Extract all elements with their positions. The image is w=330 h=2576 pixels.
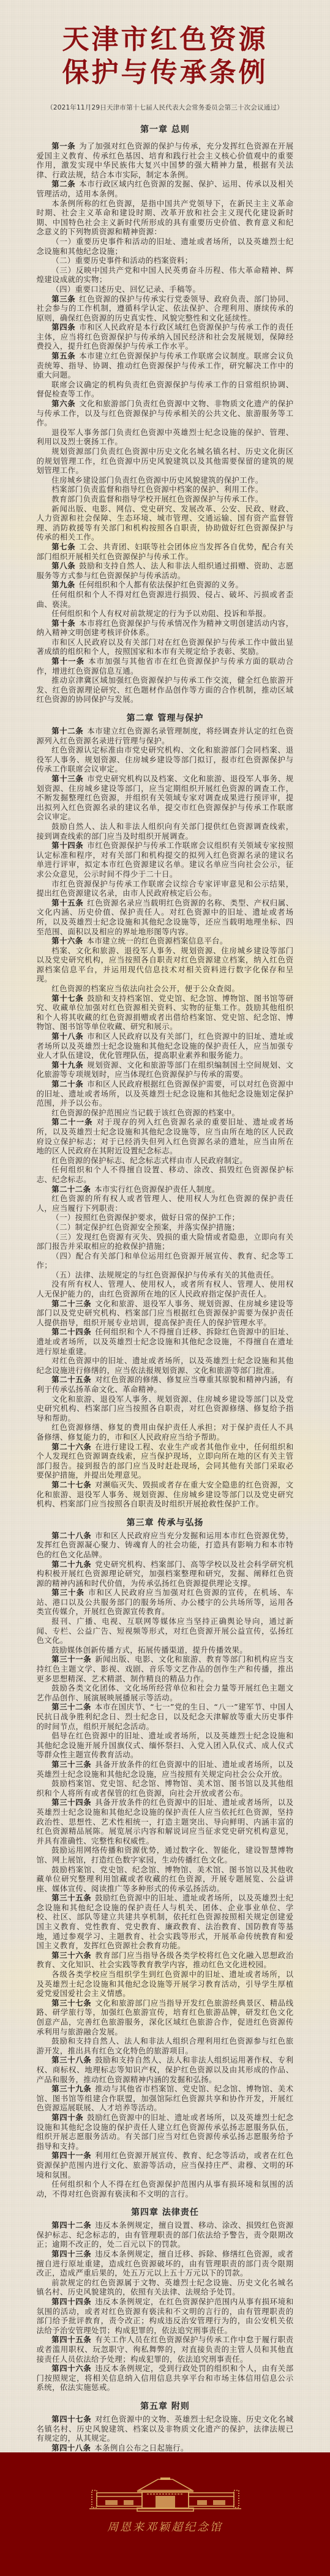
- article-number: 第二十五条: [51, 1375, 91, 1384]
- article-paragraph: 第二条本市行政区域内红色资源的发掘、保护、运用、传承以及相关管理活动，适用本条例…: [37, 179, 294, 198]
- article-text: 市红色资源保护与传承工作联席会议综合专家评审意见和公示结果，提出红色资源建议名录…: [37, 879, 294, 898]
- article-text: 鼓励档案馆、党史馆、纪念馆、博物馆、美术馆、图书馆以及其他收藏单位研究整理利用馆…: [37, 1865, 294, 1893]
- clause-paragraph: 没有所有权人、管理人、使用权人，或者所有权人、管理人、使用权人无保护能力的，由红…: [37, 1279, 294, 1298]
- article-text: 红色资源的保护标志、纪念标志式样由市人民政府制定。: [51, 1156, 247, 1165]
- article-number: 第二十一条: [51, 1117, 92, 1126]
- article-text: 文化和旅游、退役军人事务、规划资源、住房城乡建设等部门以及党史研究机构、档案部门…: [37, 1394, 294, 1423]
- clause-paragraph: 规划资源部门负责红色资源中历史文化名城名镇名村、历史文化街区的规划管理工作，红色…: [37, 447, 294, 475]
- clause-paragraph: 市红色资源保护与传承工作联席会议综合专家评审意见和公示结果，提出红色资源建议名录…: [37, 879, 294, 898]
- clause-paragraph: 红色资源认定标准由市党史研究机构、文化和旅游部门会同档案、退役军人事务、规划资源…: [37, 745, 294, 774]
- article-paragraph: 第四十七条对红色资源中的文物、英雄烈士纪念设施、历史文化名城名镇名村、历史风貌建…: [37, 2414, 294, 2443]
- clause-paragraph: （二）重要历史事件和活动的档案资料；: [37, 256, 294, 266]
- clause-paragraph: 档案部门负责监督和指导红色资源中档案的保护、利用工作。: [37, 485, 294, 494]
- article-text: 任何组织和个人不得对红色资源进行损毁、侵占、破坏、污损或者歪曲、亵渎。: [37, 590, 294, 609]
- article-paragraph: 第六条文化和旅游部门负责红色资源中文物、非物质文化遗产的保护与传承工作，以及与红…: [37, 399, 294, 428]
- article-text: （二）制定保护红色资源安全预案，并落实保护措施；: [51, 1223, 239, 1232]
- article-text: 鼓励档案馆、党史馆、纪念馆、博物馆、美术馆、图书馆以及其他组织和个人将所有或者保…: [37, 1779, 294, 1798]
- article-number: 第四十五条: [51, 2335, 91, 2344]
- article-text: 对红色资源中的旧址、遗址或者场所，以及英雄烈士纪念设施和其他纪念设施进行修缮的，…: [37, 1356, 294, 1375]
- article-number: 第三十六条: [51, 1951, 91, 1960]
- article-text: 红色资源的档案应当依法向社会公开，便于公众查阅。: [51, 984, 239, 993]
- article-paragraph: 第十三条市党史研究机构以及档案、文化和旅游、退役军人事务、规划资源、住房城乡建设…: [37, 774, 294, 822]
- article-paragraph: 第二十五条对红色资源的修缮、修复应当尊重其原貌和精神内涵，有利于传承弘扬革命文化…: [37, 1375, 294, 1394]
- article-number: 第二条: [51, 179, 75, 188]
- article-text: 鼓励自然人、法人和非法人组织向有关部门提供红色资源调查线索，接到调查线索的部门应…: [37, 822, 294, 841]
- article-number: 第四十六条: [51, 2364, 91, 2373]
- article-number: 第十六条: [51, 936, 83, 945]
- article-paragraph: 第九条任何组织和个人都有依法保护红色资源的义务。: [37, 580, 294, 590]
- regulation-body: 第一章 总则第一条为了加强对红色资源的保护与传承，充分发挥红色资源在开展爱国主义…: [37, 124, 294, 2452]
- article-number: 第八条: [51, 561, 75, 570]
- article-text: 任何组织和个人都有依法保护红色资源的义务。: [79, 580, 244, 589]
- article-text: 红色资源的保护范围应当记载于该红色资源的档案中。: [51, 1108, 239, 1117]
- article-paragraph: 第四十一条利用红色资源开展宣传、教育、纪念等活动，或者在红色资源保护范围内进行文…: [37, 2151, 294, 2180]
- article-text: 档案部门负责监督和指导红色资源中档案的保护、利用工作。: [51, 485, 263, 494]
- clause-paragraph: 任何组织和个人不得在红色资源保护范围内从事有损环境和氛围的活动，不得对红色资源有…: [37, 2180, 294, 2198]
- clause-paragraph: （一）重要历史事件和活动的旧址、遗址或者场所，以及英雄烈士纪念设施和其他纪念设施…: [37, 237, 294, 256]
- chapter-heading: 第一章 总则: [37, 124, 294, 135]
- article-number: 第二十二条: [51, 1185, 91, 1194]
- clause-paragraph: 报刊、广播、电视、互联网等媒体应当坚持正确舆论导向，通过新闻、专栏、公益广告、短…: [37, 1617, 294, 1645]
- clause-paragraph: （四）重要口述历史、回忆记录、手稿等。: [37, 285, 294, 294]
- article-text: （四）重要口述历史、回忆记录、手稿等。: [51, 285, 200, 294]
- article-text: 红色资源认定标准由市党史研究机构、文化和旅游部门会同档案、退役军人事务、规划资源…: [37, 745, 294, 773]
- article-paragraph: 第四十条鼓励红色资源中的旧址、遗址或者场所，以及英雄烈士纪念设施和其他纪念设施的…: [37, 2113, 294, 2151]
- memorial-hall-building-icon: [89, 2476, 241, 2512]
- article-paragraph: 第四条市和区人民政府是本行政区域红色资源保护与传承工作的责任主体，应当将红色资源…: [37, 322, 294, 351]
- article-text: 各级各类学校应当组织学生到红色资源中的旧址、遗址或者场所，以及英雄烈士纪念设施和…: [37, 1970, 294, 1998]
- article-paragraph: 第十四条市红色资源保护与传承工作联席会议组织有关领域专家按照认定标准和程序，对有…: [37, 841, 294, 879]
- article-number: 第四十一条: [51, 2151, 91, 2160]
- article-number: 第十一条: [51, 657, 84, 666]
- article-text: 住房城乡建设部门负责红色资源中历史风貌建筑的保护工作。: [51, 475, 263, 485]
- clause-paragraph: 鼓励自然人、法人和非法人组织向有关部门提供红色资源调查线索，接到调查线索的部门应…: [37, 822, 294, 841]
- article-paragraph: 第二十六条在进行建设工程、农业生产或者其他作业中，任何组织和个人发现红色资源调查…: [37, 1442, 294, 1480]
- article-number: 第二十六条: [51, 1442, 91, 1451]
- article-number: 第二十八条: [51, 1531, 91, 1540]
- article-paragraph: 第十七条鼓励和支持档案馆、党史馆、纪念馆、博物馆、图书馆等研究、收藏单位加强对红…: [37, 994, 294, 1032]
- clause-paragraph: 联席会议确定的机构负责红色资源保护与传承工作的日常组织协调、督促检查等工作。: [37, 380, 294, 399]
- clause-paragraph: 推动京津冀区域加强红色资源保护与传承工作交流，健全红色旅游开发、红色资源理论研究…: [37, 676, 294, 704]
- article-number: 第十四条: [51, 841, 83, 850]
- article-number: 第十条: [51, 619, 75, 628]
- document-page: 天津市红色资源 保护与传承条例 （2021年11月29日天津市第十七届人民代表大…: [0, 0, 330, 2452]
- article-paragraph: 第三条红色资源的保护与传承实行党委领导、政府负责、部门协同、社会参与的工作机制，…: [37, 294, 294, 323]
- article-number: 第三十九条: [51, 2084, 91, 2093]
- article-number: 第三十条: [51, 1588, 84, 1597]
- clause-paragraph: 红色资源的所有权人或者管理人、使用权人为红色资源的保护责任人，应当履行下列职责：: [37, 1194, 294, 1213]
- article-number: 第三十五条: [51, 1893, 91, 1902]
- clause-paragraph: 任何组织和个人不得对红色资源进行损毁、侵占、破坏、污损或者歪曲、亵渎。: [37, 590, 294, 609]
- article-text: （一）重要历史事件和活动的旧址、遗址或者场所，以及英雄烈士纪念设施和其他纪念设施…: [37, 237, 294, 256]
- chapter-heading: 第二章 管理与保护: [37, 713, 294, 724]
- clause-paragraph: （四）配合有关部门和单位运用红色资源开展宣传、教育、纪念等工作；: [37, 1251, 294, 1270]
- article-number: 第六条: [51, 399, 75, 408]
- clause-paragraph: （三）发现红色资源有灭失、毁损的重大险情或者隐患，立即向有关部门报告并采取相应的…: [37, 1232, 294, 1251]
- article-text: 本条例所称的红色资源，是指中国共产党领导下，在新民主主义革命时期、社会主义革命和…: [37, 199, 294, 237]
- article-paragraph: 第四十八条本条例自公布之日起施行。: [37, 2443, 294, 2453]
- article-paragraph: 第四十三条违反本条例规定，擅自迁移、拆除、修缮红色资源，或者擅自进行原址重建，造…: [37, 2249, 294, 2278]
- clause-paragraph: 鼓励档案馆、党史馆、纪念馆、博物馆、美术馆、图书馆以及其他组织和个人将所有或者保…: [37, 1779, 294, 1798]
- article-text: （一）按照红色资源保护要求，做好日常的保护工作；: [51, 1213, 239, 1222]
- article-paragraph: 第八条鼓励和支持自然人、法人和非法人组织通过捐赠、资助、志愿服务等方式参与红色资…: [37, 561, 294, 580]
- article-number: 第七条: [51, 542, 75, 551]
- article-number: 第三十三条: [51, 1760, 91, 1769]
- clause-paragraph: （五）法律、法规规定的与红色资源保护与传承有关的其他责任。: [37, 1270, 294, 1280]
- article-text: （三）反映中国共产党和中国人民英勇奋斗历程、伟大革命精神、辉煌建设成就的实物；: [37, 266, 294, 285]
- article-paragraph: 第三十七条文化和旅游部门应当指导开发红色旅游经典景区、精品线路、研学旅行等，加强…: [37, 1998, 294, 2036]
- museum-name: 周恩来邓颖超纪念馆: [0, 2518, 330, 2534]
- clause-paragraph: 鼓励档案馆、党史馆、纪念馆、博物馆、美术馆、图书馆以及其他收藏单位研究整理利用馆…: [37, 1865, 294, 1894]
- article-paragraph: 第五条本市建立红色资源保护与传承工作联席会议制度。联席会议负责统筹、指导、协调、…: [37, 351, 294, 380]
- article-number: 第三十四条: [51, 1798, 91, 1807]
- article-number: 第一条: [51, 141, 75, 151]
- article-paragraph: 第四十四条违反本条例规定，在红色资源保护范围内从事有损环境和氛围的活动，或者对红…: [37, 2297, 294, 2335]
- article-text: 倡导在红色资源中的旧址、遗址或者场所，以及英雄烈士纪念设施和其他纪念设施开展升国…: [37, 1731, 294, 1759]
- article-paragraph: 第三十四条具备开放条件的红色资源中的旧址、遗址或者场所，以及英雄烈士纪念设施和其…: [37, 1798, 294, 1845]
- article-text: 没有所有权人、管理人、使用权人，或者所有权人、管理人、使用权人无保护能力的，由红…: [37, 1279, 294, 1298]
- article-number: 第十八条: [51, 1032, 83, 1041]
- article-text: 本市建立统一的红色资源档案信息平台。: [86, 936, 227, 945]
- article-text: （四）配合有关部门和单位运用红色资源开展宣传、教育、纪念等工作；: [37, 1251, 294, 1270]
- article-text: 推动京津冀区域加强红色资源保护与传承工作交流，健全红色旅游开发、红色资源理论研究…: [37, 676, 294, 704]
- article-paragraph: 第三十八条鼓励和支持自然人、法人和非法人组织运用著作权、专利权、商标权、地理标志…: [37, 2055, 294, 2084]
- chapter-heading: 第三章 传承与弘扬: [37, 1517, 294, 1528]
- article-text: 市和区人民政府以及有关部门对在红色资源保护与传承工作中做出显著成绩的组织和个人，…: [37, 638, 294, 657]
- clause-paragraph: 任何组织和个人不得擅自设置、移动、涂改、损毁红色资源保护标志、纪念标志。: [37, 1165, 294, 1184]
- clause-paragraph: 鼓励媒体创新传播方式，拓展传播渠道，提升传播效果。: [37, 1645, 294, 1655]
- article-paragraph: 第二十一条对于现存的列入红色资源名录的重要旧址、遗址或者场所，以及英雄烈士纪念设…: [37, 1117, 294, 1155]
- article-text: 鼓励媒体创新传播方式，拓展传播渠道，提升传播效果。: [51, 1645, 247, 1655]
- clause-paragraph: 鼓励和支持自然人、法人和非法人组织合理利用红色资源参与红色旅游开发，推出具有红色…: [37, 2036, 294, 2055]
- article-text: 本市实行红色资源保护责任人制度。: [94, 1185, 220, 1194]
- article-number: 第四十二条: [51, 2220, 91, 2230]
- clause-paragraph: 任何组织和个人有权对前款规定的行为予以劝阻、投诉和举报。: [37, 609, 294, 619]
- clause-paragraph: 新闻出版、电影、网信、党史研究、发展改革、公安、民政、财政、人力资源和社会保障、…: [37, 504, 294, 542]
- clause-paragraph: （一）按照红色资源保护要求，做好日常的保护工作；: [37, 1213, 294, 1223]
- page-title: 天津市红色资源 保护与传承条例: [0, 23, 330, 89]
- article-paragraph: 第三十九条推动与其他省市档案馆、党史馆、纪念馆、博物馆、美术馆、图书馆等组建合作…: [37, 2084, 294, 2113]
- clause-paragraph: 鼓励运用网络传播和资源优势，通过数字化、智能化，建设智慧博物馆、网上展馆，打造红…: [37, 1845, 294, 1864]
- article-number: 第二十九条: [51, 1560, 91, 1569]
- article-number: 第九条: [51, 580, 75, 589]
- article-text: （三）发现红色资源有灭失、毁损的重大险情或者隐患，立即向有关部门报告并采取相应的…: [37, 1232, 294, 1251]
- article-text: 红色资源修缮、修复的费用由保护责任人承担；对于保护责任人不具备修缮、修复能力的，…: [37, 1423, 294, 1442]
- adoption-note: （2021年11月29日天津市第十七届人民代表大会常务委员会第三十次会议通过）: [0, 103, 330, 112]
- article-number: 第十七条: [51, 994, 83, 1003]
- article-number: 第三条: [51, 294, 75, 303]
- article-number: 第四十条: [51, 2113, 83, 2122]
- article-number: 第二十四条: [51, 1327, 91, 1336]
- clause-paragraph: 退役军人事务部门负责红色资源中英雄烈士纪念设施的保护、管理、利用以及烈士褒扬工作…: [37, 428, 294, 447]
- article-text: 任何组织和个人有权对前款规定的行为予以劝阻、投诉和举报。: [51, 609, 271, 618]
- article-paragraph: 第二十二条本市实行红色资源保护责任人制度。: [37, 1185, 294, 1194]
- article-text: 任何组织和个人不得擅自设置、移动、涂改、损毁红色资源保护标志、纪念标志。: [37, 1165, 294, 1184]
- article-paragraph: 第十一条本市加强与其他省市在红色资源保护与传承方面的联动合作，增进红色资源信息互…: [37, 657, 294, 676]
- article-text: 退役军人事务部门负责红色资源中英雄烈士纪念设施的保护、管理、利用以及烈士褒扬工作…: [37, 428, 294, 447]
- article-paragraph: 第四十六条违反本条例规定，受到行政处罚的组织和个人，由有关部门按照规定，将相关信…: [37, 2364, 294, 2392]
- clause-paragraph: 鼓励各类文化团体、文化场所经营单位和社会力量等开展红色主题文艺作品创作、展演展映…: [37, 1683, 294, 1702]
- clause-paragraph: 文化和旅游、退役军人事务、规划资源、住房城乡建设等部门以及党史研究机构、档案部门…: [37, 1394, 294, 1423]
- article-number: 第四十四条: [51, 2297, 91, 2306]
- title-line-1: 天津市红色资源: [0, 23, 330, 56]
- article-paragraph: 第十九条规划资源、文化和旅游等部门在组织编制国土空间规划、文化旅游等专项规划时，…: [37, 1060, 294, 1079]
- clause-paragraph: 住房城乡建设部门负责红色资源中历史风貌建筑的保护工作。: [37, 475, 294, 485]
- clause-paragraph: 红色资源的保护标志、纪念标志式样由市人民政府制定。: [37, 1156, 294, 1166]
- article-paragraph: 第一条为了加强对红色资源的保护与传承，充分发挥红色资源在开展爱国主义教育、传承红…: [37, 141, 294, 179]
- article-paragraph: 第三十五条鼓励红色资源中的旧址、遗址或者场所，以及英雄烈士纪念设施和其他纪念设施…: [37, 1893, 294, 1951]
- article-paragraph: 第二十三条文化和旅游、退役军人事务、规划资源、住房城乡建设等部门以及党史研究机构…: [37, 1299, 294, 1328]
- clause-paragraph: 红色资源的档案应当依法向社会公开，便于公众查阅。: [37, 984, 294, 994]
- article-number: 第三十七条: [51, 1998, 91, 2008]
- article-paragraph: 第七条工会、共青团、妇联等社会团体应当发挥各自优势，配合有关部门组织开展相关红色…: [37, 542, 294, 561]
- article-number: 第三十一条: [51, 1655, 91, 1664]
- article-paragraph: 第四十五条有关工作人员在红色资源保护与传承工作中怠于履行职责或者滥用职权、玩忽职…: [37, 2335, 294, 2364]
- article-number: 第五条: [51, 351, 75, 360]
- article-number: 第十三条: [51, 774, 83, 783]
- article-text: 前款规定的红色资源属于文物、英雄烈士纪念设施、历史文化名城名镇名村、历史风貌建筑…: [37, 2278, 294, 2297]
- article-number: 第十九条: [51, 1060, 83, 1070]
- article-text: 鼓励运用网络传播和资源优势，通过数字化、智能化，建设智慧博物馆、网上展馆，打造红…: [37, 1845, 294, 1864]
- title-line-2: 保护与传承条例: [0, 56, 330, 89]
- clause-paragraph: 本条例所称的红色资源，是指中国共产党领导下，在新民主主义革命时期、社会主义革命和…: [37, 199, 294, 237]
- article-paragraph: 第三十六条教育部门应当指导各级各类学校将红色文化融入思想政治教育、文化知识、社会…: [37, 1951, 294, 1970]
- article-paragraph: 第十六条本市建立统一的红色资源档案信息平台。: [37, 936, 294, 946]
- article-paragraph: 第二十条市和区人民政府根据红色资源保护需要，可以对红色资源中的旧址、遗址或者场所…: [37, 1079, 294, 1108]
- article-paragraph: 第二十四条任何组织和个人不得擅自迁移、拆除红色资源中的旧址、遗址或者场所，以及英…: [37, 1327, 294, 1356]
- article-number: 第二十条: [51, 1079, 83, 1089]
- clause-paragraph: 市和区人民政府以及有关部门对在红色资源保护与传承工作中做出显著成绩的组织和个人，…: [37, 638, 294, 657]
- article-number: 第四十八条: [51, 2443, 91, 2452]
- clause-paragraph: 红色资源修缮、修复的费用由保护责任人承担；对于保护责任人不具备修缮、修复能力的，…: [37, 1423, 294, 1442]
- article-paragraph: 第十八条市和区人民政府以及有关部门，红色资源中的旧址、遗址或者场所以及英雄烈士纪…: [37, 1032, 294, 1060]
- article-paragraph: 第三十三条具备开放条件的红色资源中的旧址、遗址或者场所，以及英雄烈士纪念设施和其…: [37, 1760, 294, 1779]
- chapter-heading: 第四章 法律责任: [37, 2207, 294, 2218]
- article-paragraph: 第四十二条违反本条例规定，擅自设置、移动、涂改、损毁红色资源保护标志、纪念标志的…: [37, 2220, 294, 2249]
- article-text: 鼓励和支持自然人、法人和非法人组织合理利用红色资源参与红色旅游开发，推出具有红色…: [37, 2036, 294, 2055]
- article-number: 第三十二条: [51, 1702, 91, 1711]
- article-text: 报刊、广播、电视、互联网等媒体应当坚持正确舆论导向，通过新闻、专栏、公益广告、短…: [37, 1617, 294, 1645]
- article-paragraph: 第十二条本市建立红色资源名录管理制度，将经调查并认定的红色资源列入红色资源名录进…: [37, 726, 294, 745]
- article-number: 第四条: [51, 322, 75, 332]
- article-paragraph: 第三十条市和区人民政府应当加强对红色资源的宣传，在机场、车站、港口以及公共服务部…: [37, 1588, 294, 1617]
- article-paragraph: 第十五条红色资源名录应当载明红色资源的名称、类型、产权归属、文化内涵、历史价值、…: [37, 898, 294, 936]
- article-text: 联席会议确定的机构负责红色资源保护与传承工作的日常组织协调、督促检查等工作。: [37, 380, 294, 399]
- article-paragraph: 第三十二条本市在国庆节、“七一”党的生日、“八一”建军节、中国人民抗日战争胜利纪…: [37, 1702, 294, 1731]
- article-paragraph: 第二十七条对濒临灭失、毁损或者存在重大安全隐患的红色资源，文化和旅游、退役军人事…: [37, 1480, 294, 1509]
- clause-paragraph: 前款规定的红色资源属于文物、英雄烈士纪念设施、历史文化名城名镇名村、历史风貌建筑…: [37, 2278, 294, 2297]
- article-text: 档案、文化和旅游、退役军人事务、规划资源、住房城乡建设等部门以及党史研究机构，应…: [37, 946, 294, 984]
- article-number: 第二十七条: [51, 1480, 91, 1489]
- article-text: （五）法律、法规规定的与红色资源保护与传承有关的其他责任。: [51, 1270, 279, 1279]
- article-text: 鼓励各类文化团体、文化场所经营单位和社会力量等开展红色主题文艺作品创作、展演展映…: [37, 1683, 294, 1702]
- clause-paragraph: 各级各类学校应当组织学生到红色资源中的旧址、遗址或者场所，以及英雄烈士纪念设施和…: [37, 1970, 294, 1998]
- article-text: 任何组织和个人不得在红色资源保护范围内从事有损环境和氛围的活动，不得对红色资源有…: [37, 2180, 294, 2198]
- article-number: 第四十七条: [51, 2414, 91, 2424]
- article-paragraph: 第二十九条党史研究机构、档案部门、高等学校以及社会科学研究机构积极开展红色资源理…: [37, 1560, 294, 1588]
- article-text: 教育部门负责监督和指导学校开展红色资源保护与传承工作。: [51, 494, 263, 504]
- clause-paragraph: 对红色资源中的旧址、遗址或者场所，以及英雄烈士纪念设施和其他纪念设施进行修缮的，…: [37, 1356, 294, 1375]
- article-text: 新闻出版、电影、网信、党史研究、发展改革、公安、民政、财政、人力资源和社会保障、…: [37, 504, 294, 542]
- clause-paragraph: （三）反映中国共产党和中国人民英勇奋斗历程、伟大革命精神、辉煌建设成就的实物；: [37, 266, 294, 285]
- article-number: 第十二条: [51, 726, 83, 735]
- article-number: 第十五条: [51, 898, 83, 907]
- clause-paragraph: 红色资源的保护范围应当记载于该红色资源的档案中。: [37, 1108, 294, 1118]
- article-paragraph: 第十条本市将红色资源保护与传承情况作为精神文明创建活动内容，纳入精神文明创建考核…: [37, 619, 294, 638]
- article-number: 第二十三条: [51, 1299, 91, 1308]
- article-paragraph: 第二十八条市和区人民政府应当充分发掘和运用本市红色资源优势，发挥红色资源凝心聚力…: [37, 1531, 294, 1560]
- footer-banner: 周恩来邓颖超纪念馆: [0, 2452, 330, 2576]
- article-text: （二）重要历史事件和活动的档案资料；: [51, 256, 192, 265]
- clause-paragraph: （二）制定保护红色资源安全预案，并落实保护措施；: [37, 1223, 294, 1232]
- article-paragraph: 第三十一条新闻出版、电影、文化和旅游、教育等部门和机构应当支持红色主题文学、影视…: [37, 1655, 294, 1683]
- article-number: 第三十八条: [51, 2055, 91, 2064]
- article-number: 第四十三条: [51, 2249, 91, 2258]
- article-text: 规划资源部门负责红色资源中历史文化名城名镇名村、历史文化街区的规划管理工作，红色…: [37, 447, 294, 475]
- clause-paragraph: 倡导在红色资源中的旧址、遗址或者场所，以及英雄烈士纪念设施和其他纪念设施开展升国…: [37, 1731, 294, 1760]
- chapter-heading: 第五章 附则: [37, 2401, 294, 2412]
- article-text: 本条例自公布之日起施行。: [94, 2443, 189, 2452]
- clause-paragraph: 教育部门负责监督和指导学校开展红色资源保护与传承工作。: [37, 494, 294, 504]
- clause-paragraph: 档案、文化和旅游、退役军人事务、规划资源、住房城乡建设等部门以及党史研究机构，应…: [37, 946, 294, 984]
- article-text: 红色资源的所有权人或者管理人、使用权人为红色资源的保护责任人，应当履行下列职责：: [37, 1194, 294, 1213]
